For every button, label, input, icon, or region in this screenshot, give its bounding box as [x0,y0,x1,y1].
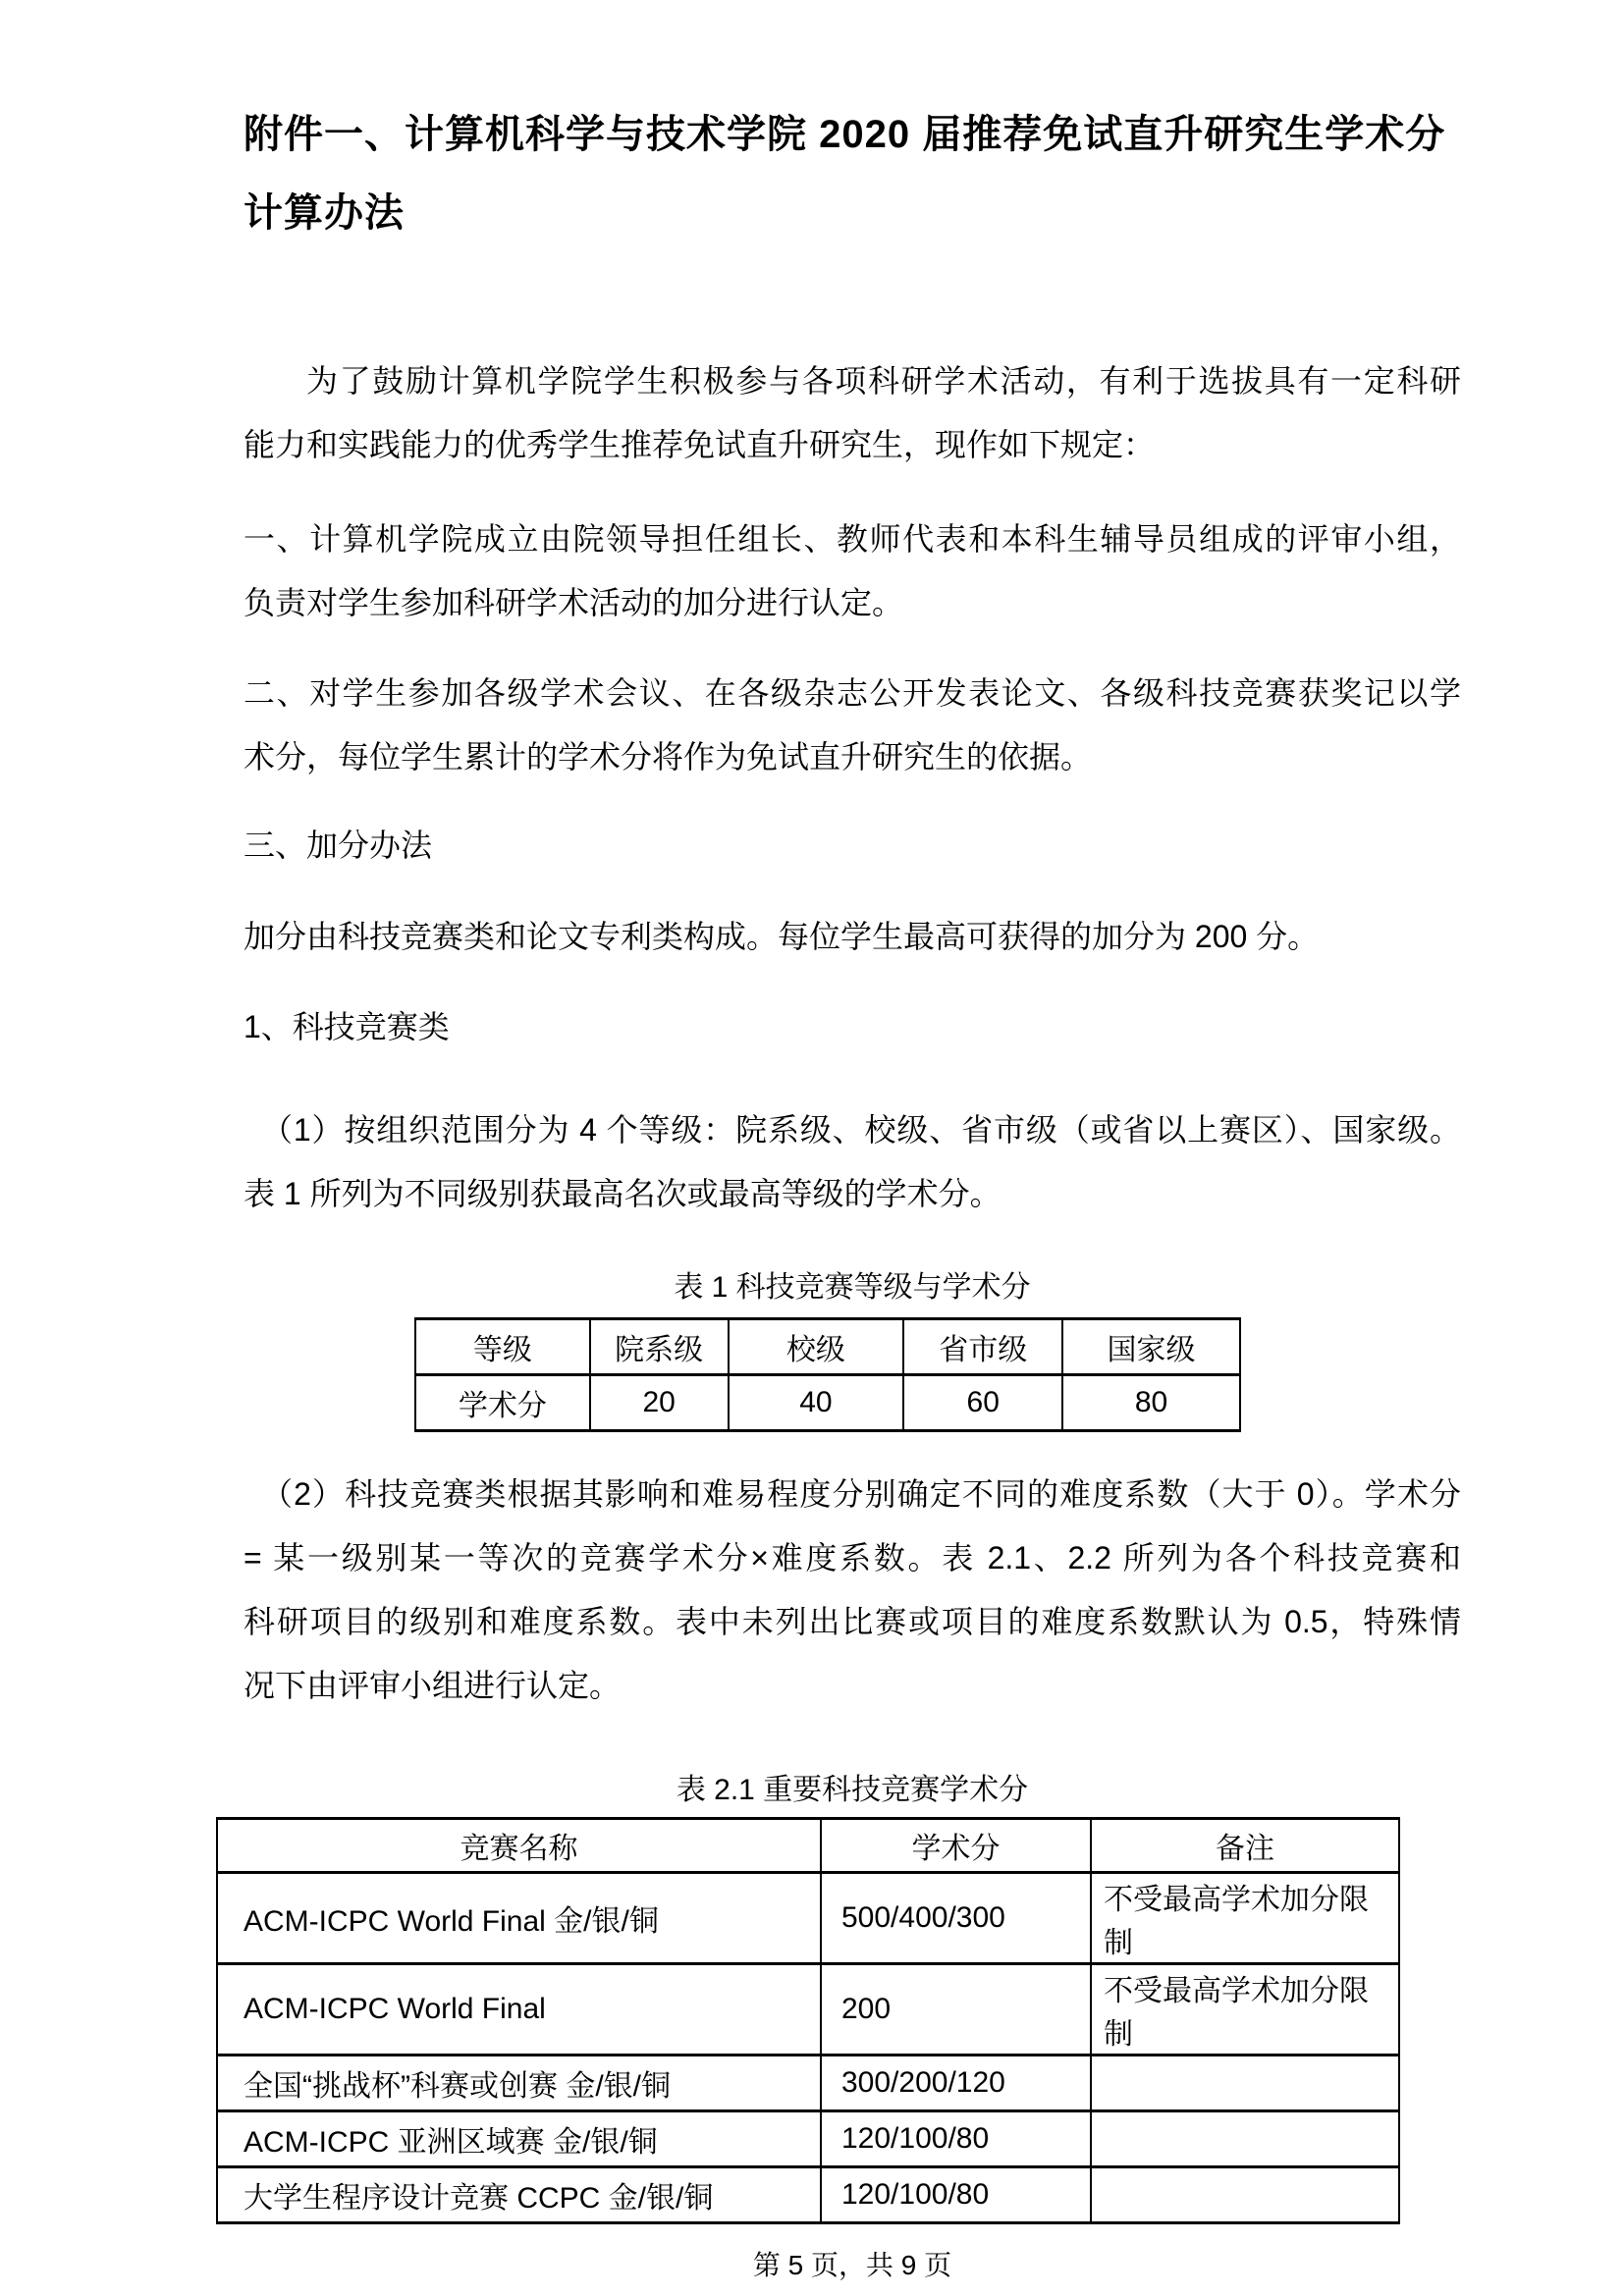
table2-data-row: 大学生程序设计竞赛 CCPC 金/银/铜 120/100/80 [217,2167,1399,2223]
paragraph-line: 加分由科技竞赛类和论文专利类构成。每位学生最高可获得的加分为 200 分。 [244,905,1461,969]
paragraph-line: 一、计算机学院成立由院领导担任组长、教师代表和本科生辅导员组成的评审小组， [244,507,1461,571]
document-page: 附件一、计算机科学与技术学院 2020 届推荐免试直升研究生学术分 计算办法 为… [0,0,1624,2296]
table1-data-cell: 80 [1062,1375,1240,1431]
table1-data-cell: 20 [590,1375,729,1431]
paragraph-point-1: （1）按组织范围分为 4 个等级：院系级、校级、省市级（或省以上赛区）、国家级。… [244,1098,1461,1226]
paragraph-line: 能力和实践能力的优秀学生推荐免试直升研究生，现作如下规定： [244,413,1461,477]
table2-competition-cell: ACM-ICPC World Final 金/银/铜 [217,1873,821,1964]
title-line-1: 附件一、计算机科学与技术学院 2020 届推荐免试直升研究生学术分 [244,95,1461,174]
title-line-2: 计算办法 [244,174,1461,252]
table2-header-cell: 学术分 [821,1819,1091,1873]
table-important-competitions: 竞赛名称 学术分 备注 ACM-ICPC World Final 金/银/铜 5… [216,1817,1400,2224]
table2-competition-cell: 大学生程序设计竞赛 CCPC 金/银/铜 [217,2167,821,2223]
table1-header-cell: 院系级 [590,1319,729,1375]
table2-data-row: ACM-ICPC 亚洲区域赛 金/银/铜 120/100/80 [217,2111,1399,2167]
table1-header-cell: 国家级 [1062,1319,1240,1375]
table1-data-row: 学术分 20 40 60 80 [415,1375,1240,1431]
paragraph-bonus-rule: 加分由科技竞赛类和论文专利类构成。每位学生最高可获得的加分为 200 分。 [244,905,1461,969]
table1-header-cell: 省市级 [903,1319,1062,1375]
table2-data-row: 全国“挑战杯”科赛或创赛 金/银/铜 300/200/120 [217,2056,1399,2111]
paragraph-subsection-1: 1、科技竞赛类 [244,995,1461,1059]
paragraph-line: 为了鼓励计算机学院学生积极参与各项科研学术活动，有利于选拔具有一定科研 [244,349,1461,413]
table2-score-cell: 500/400/300 [821,1873,1091,1964]
table2-data-row: ACM-ICPC World Final 200 不受最高学术加分限制 [217,1964,1399,2056]
table2-score-cell: 120/100/80 [821,2167,1091,2223]
paragraph-line: 三、加分办法 [244,814,1461,878]
table2-score-cell: 200 [821,1964,1091,2056]
table2-header-cell: 竞赛名称 [217,1819,821,1873]
paragraph-line: 术分，每位学生累计的学术分将作为免试直升研究生的依据。 [244,725,1461,789]
table2-remark-cell [1091,2056,1399,2111]
paragraph-line: 负责对学生参加科研学术活动的加分进行认定。 [244,571,1461,635]
table1-data-cell: 学术分 [415,1375,590,1431]
table2-caption: 表 2.1 重要科技竞赛学术分 [244,1766,1461,1815]
document-content: 附件一、计算机科学与技术学院 2020 届推荐免试直升研究生学术分 计算办法 为… [244,95,1461,2285]
table2-data-row: ACM-ICPC World Final 金/银/铜 500/400/300 不… [217,1873,1399,1964]
table2-remark-cell [1091,2167,1399,2223]
paragraph-intro: 为了鼓励计算机学院学生积极参与各项科研学术活动，有利于选拔具有一定科研 能力和实… [244,349,1461,477]
page-footer: 第 5 页，共 9 页 [244,2246,1461,2285]
paragraph-item-3: 三、加分办法 [244,814,1461,878]
table1-header-row: 等级 院系级 校级 省市级 国家级 [415,1319,1240,1375]
table2-remark-cell: 不受最高学术加分限制 [1091,1873,1399,1964]
paragraph-line: 二、对学生参加各级学术会议、在各级杂志公开发表论文、各级科技竞赛获奖记以学 [244,662,1461,725]
table2-competition-cell: ACM-ICPC World Final [217,1964,821,2056]
table2-remark-cell: 不受最高学术加分限制 [1091,1964,1399,2056]
table2-score-cell: 120/100/80 [821,2111,1091,2167]
table2-score-cell: 300/200/120 [821,2056,1091,2111]
table2-competition-cell: 全国“挑战杯”科赛或创赛 金/银/铜 [217,2056,821,2111]
table-competition-levels: 等级 院系级 校级 省市级 国家级 学术分 20 40 60 80 [414,1317,1241,1432]
paragraph-point-2: （2）科技竞赛类根据其影响和难易程度分别确定不同的难度系数（大于 0）。学术分 … [244,1463,1461,1718]
paragraph-line: （2）科技竞赛类根据其影响和难易程度分别确定不同的难度系数（大于 0）。学术分 [244,1463,1461,1526]
paragraph-line: 表 1 所列为不同级别获最高名次或最高等级的学术分。 [244,1162,1461,1226]
table2-header-row: 竞赛名称 学术分 备注 [217,1819,1399,1873]
paragraph-item-1: 一、计算机学院成立由院领导担任组长、教师代表和本科生辅导员组成的评审小组， 负责… [244,507,1461,635]
document-title: 附件一、计算机科学与技术学院 2020 届推荐免试直升研究生学术分 计算办法 [244,95,1461,252]
paragraph-item-2: 二、对学生参加各级学术会议、在各级杂志公开发表论文、各级科技竞赛获奖记以学 术分… [244,662,1461,789]
table1-data-cell: 40 [729,1375,904,1431]
table2-competition-cell: ACM-ICPC 亚洲区域赛 金/银/铜 [217,2111,821,2167]
paragraph-line: 况下由评审小组进行认定。 [244,1654,1461,1718]
paragraph-line: （1）按组织范围分为 4 个等级：院系级、校级、省市级（或省以上赛区）、国家级。 [244,1098,1461,1162]
paragraph-line: = 某一级别某一等次的竞赛学术分×难度系数。表 2.1、2.2 所列为各个科技竞… [244,1526,1461,1590]
table1-data-cell: 60 [903,1375,1062,1431]
table2-header-cell: 备注 [1091,1819,1399,1873]
paragraph-line: 科研项目的级别和难度系数。表中未列出比赛或项目的难度系数默认为 0.5，特殊情 [244,1590,1461,1654]
table2-remark-cell [1091,2111,1399,2167]
table1-header-cell: 等级 [415,1319,590,1375]
paragraph-line: 1、科技竞赛类 [244,995,1461,1059]
table1-header-cell: 校级 [729,1319,904,1375]
table1-caption: 表 1 科技竞赛等级与学术分 [244,1263,1461,1312]
